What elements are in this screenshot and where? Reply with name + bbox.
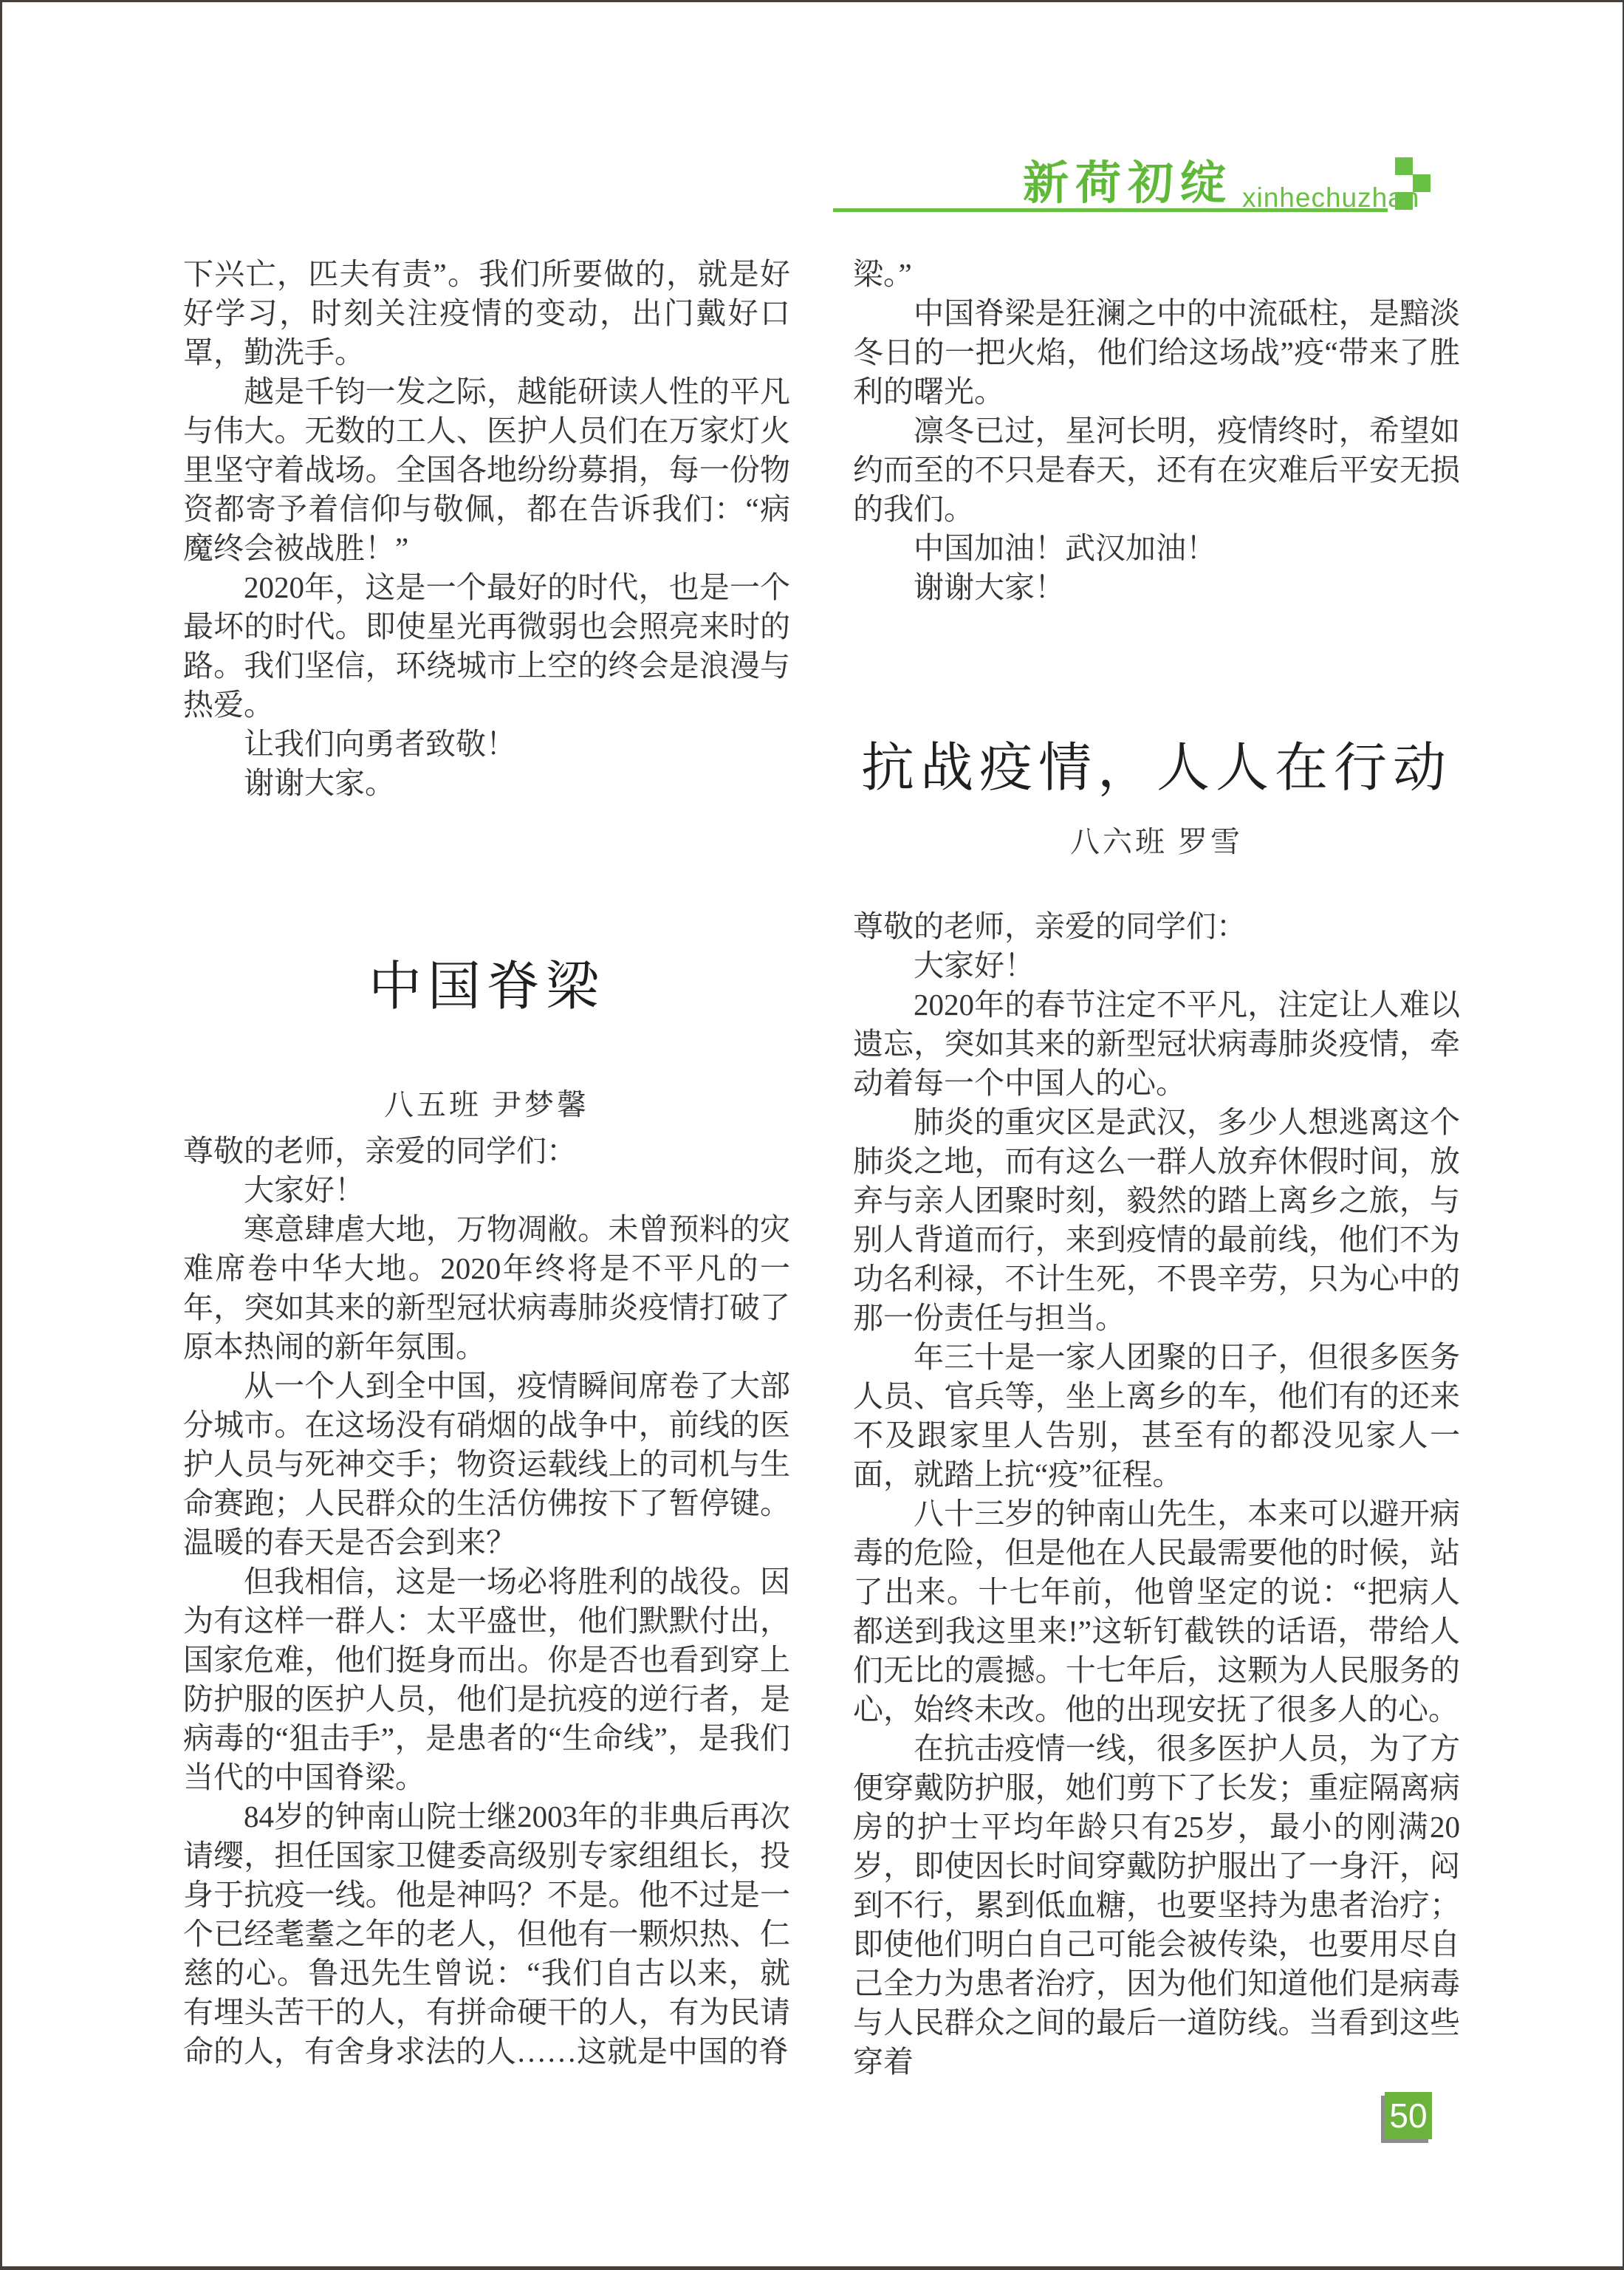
paragraph: 越是千钧一发之际，越能研读人性的平凡与伟大。无数的工人、医护人员们在万家灯火里坚… <box>183 372 790 568</box>
masthead-underline <box>833 208 1388 212</box>
paragraph: 凛冬已过，星河长明，疫情终时，希望如约而至的不只是春天，还有在灾难后平安无损的我… <box>853 411 1460 529</box>
article-title-zhongguo-jiliang: 中国脊梁 <box>183 957 790 1016</box>
right-column-continuation-text: 梁。”中国脊梁是狂澜之中的中流砥柱，是黯淡冬日的一把火焰，他们给这场战”疫“带来… <box>853 255 1460 607</box>
paragraph: 谢谢大家。 <box>183 764 790 803</box>
article-byline: 八六班 罗雪 <box>853 824 1460 860</box>
page-number-badge: 50 <box>1385 2092 1432 2139</box>
deco-square-icon <box>1395 192 1413 210</box>
paragraph: 让我们向勇者致敬！ <box>183 725 790 764</box>
paragraph: 中国脊梁是狂澜之中的中流砥柱，是黯淡冬日的一把火焰，他们给这场战”疫“带来了胜利… <box>853 294 1460 411</box>
paragraph: 大家好！ <box>853 946 1460 985</box>
left-column-continuation-text: 下兴亡，匹夫有责”。我们所要做的，就是好好学习，时刻关注疫情的变动，出门戴好口罩… <box>183 255 790 803</box>
paragraph: 84岁的钟南山院士继2003年的非典后再次请缨，担任国家卫健委高级别专家组组长，… <box>183 1797 790 2071</box>
paragraph: 从一个人到全中国，疫情瞬间席卷了大部分城市。在这场没有硝烟的战争中，前线的医护人… <box>183 1367 790 1562</box>
deco-square-icon <box>1395 157 1413 175</box>
paragraph: 谢谢大家！ <box>853 568 1460 607</box>
paragraph: 梁。” <box>853 255 1460 294</box>
magazine-page: 新荷初绽 xinhechuzhan 下兴亡，匹夫有责”。我们所要做的，就是好好学… <box>0 0 1624 2270</box>
paragraph: 尊敬的老师，亲爱的同学们： <box>853 907 1460 946</box>
paragraph: 下兴亡，匹夫有责”。我们所要做的，就是好好学习，时刻关注疫情的变动，出门戴好口罩… <box>183 255 790 372</box>
left-column-article-body: 尊敬的老师，亲爱的同学们：大家好！寒意肆虐大地，万物凋敝。未曾预料的灾难席卷中华… <box>183 1132 790 2071</box>
masthead-brand-chinese: 新荷初绽 <box>1023 160 1233 208</box>
paragraph: 但我相信，这是一场必将胜利的战役。因为有这样一群人：太平盛世，他们默默付出，国家… <box>183 1562 790 1797</box>
paragraph: 2020年的春节注定不平凡，注定让人难以遗忘，突如其来的新型冠状病毒肺炎疫情，牵… <box>853 985 1460 1103</box>
paragraph: 年三十是一家人团聚的日子，但很多医务人员、官兵等，坐上离乡的车，他们有的还来不及… <box>853 1338 1460 1494</box>
paragraph: 肺炎的重灾区是武汉，多少人想逃离这个肺炎之地，而有这么一群人放弃休假时间，放弃与… <box>853 1103 1460 1338</box>
paragraph: 在抗击疫情一线，很多医护人员，为了方便穿戴防护服，她们剪下了长发；重症隔离病房的… <box>853 1729 1460 2082</box>
paragraph: 2020年，这是一个最好的时代，也是一个最坏的时代。即使星光再微弱也会照亮来时的… <box>183 568 790 725</box>
article-byline: 八五班 尹梦馨 <box>183 1087 790 1123</box>
article-title-kangzhan-yiqing: 抗战疫情，人人在行动 <box>853 739 1460 798</box>
right-column-article-body: 尊敬的老师，亲爱的同学们：大家好！2020年的春节注定不平凡，注定让人难以遗忘，… <box>853 907 1460 2082</box>
deco-square-icon <box>1413 174 1431 192</box>
paragraph: 大家好！ <box>183 1171 790 1210</box>
paragraph: 尊敬的老师，亲爱的同学们： <box>183 1132 790 1171</box>
paragraph: 寒意肆虐大地，万物凋敝。未曾预料的灾难席卷中华大地。2020年终将是不平凡的一年… <box>183 1210 790 1367</box>
paragraph: 八十三岁的钟南山先生，本来可以避开病毒的危险，但是他在人民最需要他的时候，站了出… <box>853 1494 1460 1729</box>
paragraph: 中国加油！武汉加油！ <box>853 529 1460 568</box>
masthead-brand-pinyin: xinhechuzhan <box>1242 184 1419 211</box>
